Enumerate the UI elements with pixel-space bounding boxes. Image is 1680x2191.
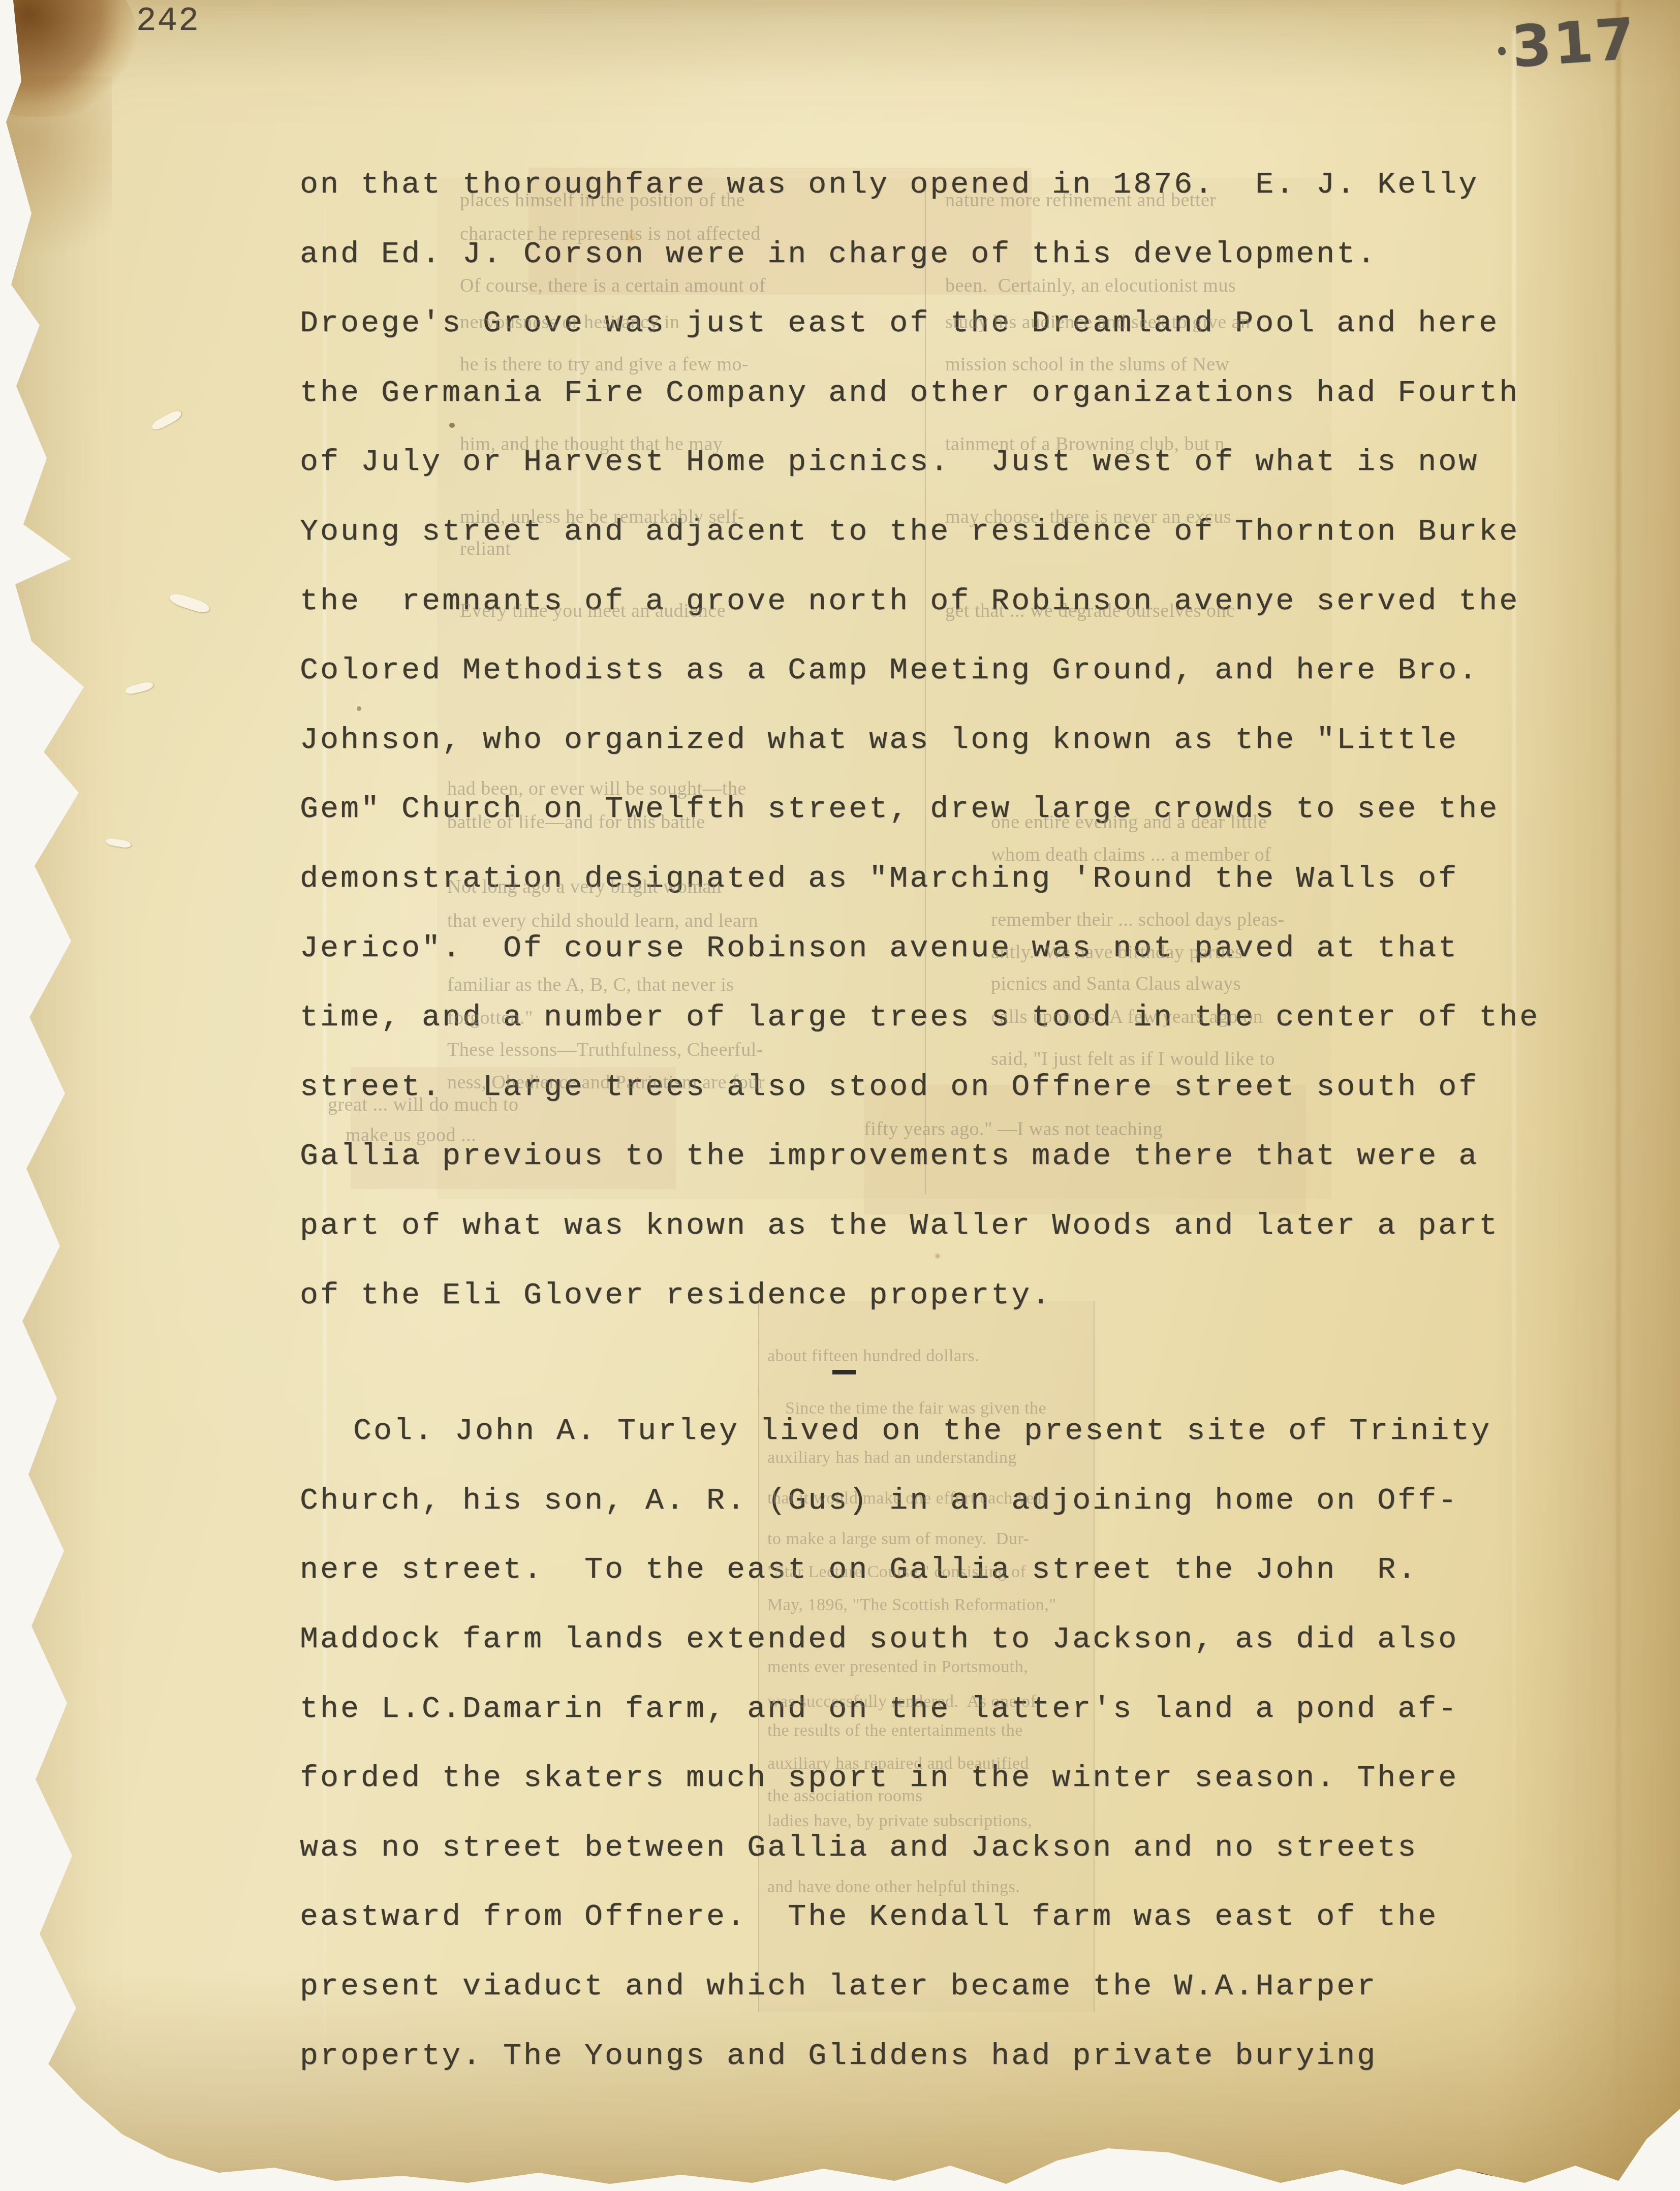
age-spot (934, 1253, 941, 1259)
ghost-text-fragment: Of course, there is a certain amount of (460, 274, 766, 297)
ghost-text-fragment: mind, unless he be remarkably self- (460, 506, 744, 528)
ghost-text-fragment: been. Certainly, an elocutionist mus (945, 274, 1236, 297)
typed-line: Jerico". Of course Robinson avenue was n… (300, 931, 1458, 966)
ghost-text-fragment: nervousness or hesitancy in (460, 311, 679, 333)
ghost-text-fragment: to make a large sum of money. Dur- (767, 1529, 1029, 1549)
pen-dot (1498, 46, 1507, 56)
ghost-text-fragment: him, and the thought that he may (460, 433, 723, 455)
ghost-text-fragment: he is there to try and give a few mo- (460, 353, 749, 375)
ghost-text-fragment: tainment of a Browning club, but n (945, 433, 1225, 455)
typed-line: Colored Methodists as a Camp Meeting Gro… (300, 653, 1479, 688)
ghost-text-fragment: auxiliary has had an understanding (767, 1448, 1017, 1467)
ghost-text-fragment: Not long ago a very bright woman (447, 875, 721, 898)
ghost-text-fragment: Since the time the fair was given the (785, 1399, 1046, 1418)
ghost-text-fragment: one entire evening and a dear little (991, 811, 1267, 833)
typed-line: property. The Youngs and Gliddens had pr… (300, 2039, 1377, 2074)
ghost-text-fragment: had been, or ever will be sought—the (447, 777, 746, 800)
ghost-text-fragment: ladies have, by private subscriptions, (767, 1811, 1032, 1831)
ghost-text-fragment: These lessons—Truthfulness, Cheerful- (447, 1039, 763, 1061)
ghost-text-fragment: was successfully rendered. As one of (767, 1692, 1036, 1711)
ghost-text-fragment: and have done other helpful things. (767, 1877, 1020, 1897)
page-number: 242 (136, 2, 200, 40)
ghost-text-fragment: character he represents is not affected (460, 223, 761, 245)
ghost-text-fragment: fifty years ago." —I was not teaching (864, 1118, 1163, 1140)
typed-line: Maddock farm lands extended south to Jac… (300, 1622, 1458, 1657)
ghost-text-fragment: about fifteen hundred dollars. (767, 1347, 979, 1366)
ghost-text-fragment: great ... will do much to (328, 1093, 519, 1116)
pen-speck (1477, 2172, 1492, 2179)
typed-line: was no street between Gallia and Jackson… (300, 1831, 1418, 1865)
scanned-typescript-page: { "page": { "page_number": "242", "handw… (0, 0, 1680, 2191)
typed-line: Johnson, who organized what was long kno… (300, 723, 1458, 758)
ghost-text-fragment: the association rooms (767, 1787, 922, 1806)
ghost-text-fragment: ments ever presented in Portsmouth, (767, 1657, 1028, 1677)
typed-line: Gallia previous to the improvements made… (300, 1139, 1479, 1174)
age-spot (449, 423, 455, 428)
typed-line: of the Eli Glover residence property. (300, 1278, 1052, 1313)
ghost-text-fragment: whom death claims ... a member of (991, 843, 1271, 866)
document-page: 242 317 on that thoroughfare was only op… (0, 0, 1680, 2191)
ghost-text-fragment: auxiliary has repaired and beautified (767, 1754, 1029, 1773)
ghost-text-fragment: Every time you meet an audience (460, 600, 726, 622)
corner-stain-halo (0, 76, 112, 290)
typed-line: present viaduct and which later became t… (300, 1969, 1377, 2004)
ghost-text-fragment: that every child should learn, and learn (447, 910, 758, 932)
typed-dash-artifact (832, 1370, 856, 1374)
typed-line: the Germania Fire Company and other orga… (300, 376, 1519, 411)
paper-crease (1616, 0, 1621, 2134)
ghost-text-fragment: study his audience and seek to give an (945, 311, 1250, 333)
ghost-text-fragment: battle of life—and for this battle (447, 811, 705, 833)
tear-mark (105, 837, 132, 849)
ghost-text-fragment: the results of the entertainments the (767, 1721, 1023, 1740)
paper-crease (323, 142, 326, 2124)
ghost-text-fragment: mission school in the slums of New (945, 353, 1230, 375)
typed-line: Col. John A. Turley lived on the present… (353, 1414, 1491, 1449)
ghost-text-fragment: reliant (460, 538, 511, 560)
tear-mark (125, 680, 154, 695)
ghost-text-fragment: ness, Obedience and Patriotism are four (447, 1071, 765, 1093)
ghost-text-fragment: calls upon us. A few years ago on (991, 1006, 1263, 1028)
pen-speck (1498, 2179, 1508, 2185)
ghost-text-fragment: that it would make one effort each year (767, 1489, 1048, 1508)
typed-line: part of what was known as the Waller Woo… (300, 1209, 1499, 1243)
ghost-text-fragment: said, "I just felt as if I would like to (991, 1048, 1275, 1070)
age-spot (357, 706, 361, 711)
tear-mark (150, 409, 183, 432)
ghost-text-fragment: get that ... we degrade ourselves onc (945, 600, 1235, 622)
ghost-text-fragment: make us good ... (346, 1124, 476, 1146)
handwritten-folio-number: 317 (1510, 6, 1639, 81)
ghost-text-fragment: remember their ... school days pleas- (991, 909, 1285, 931)
ghost-text-fragment: may choose, there is never an excus (945, 506, 1231, 528)
ghost-text-fragment: antly. We have birthday parties (991, 941, 1242, 963)
ghost-text-fragment: forgotten." (447, 1007, 533, 1029)
ghost-text-fragment: nature more refinement and better (945, 189, 1216, 211)
ghost-text-fragment: places himself in the position of the (460, 189, 745, 211)
ghost-text-fragment: familiar as the A, B, C, that never is (447, 974, 734, 996)
tear-mark (168, 591, 211, 615)
ghost-text-fragment: May, 1896, "The Scottish Reformation," (767, 1595, 1056, 1615)
ghost-text-fragment: "Star Lecture Course," consisting of (767, 1562, 1026, 1582)
typed-line: eastward from Offnere. The Kendall farm … (300, 1900, 1438, 1934)
paper-crease (1512, 30, 1516, 2154)
ghost-text-fragment: picnics and Santa Claus always (991, 973, 1241, 995)
